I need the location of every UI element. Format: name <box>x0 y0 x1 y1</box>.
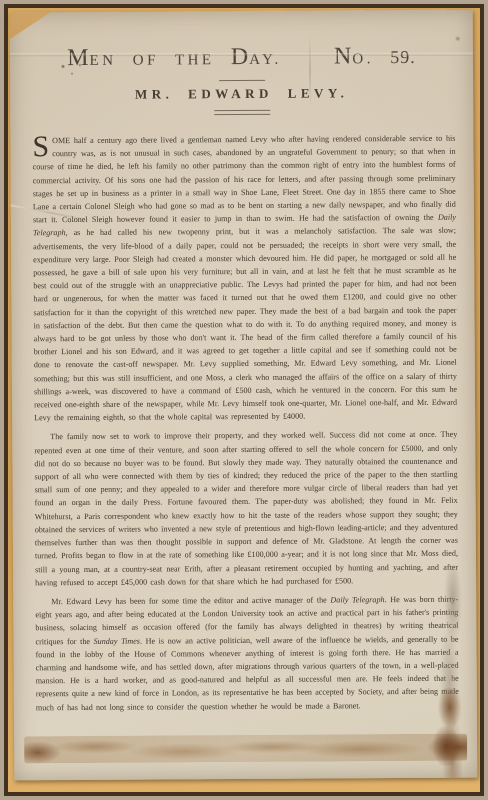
paragraph-1: SOME half a century ago there lived a ge… <box>32 132 457 425</box>
paragraph-2-text: The family now set to work to improve th… <box>34 430 458 587</box>
paragraph-2: The family now set to work to improve th… <box>34 428 458 589</box>
stain-strip-bottom <box>24 734 467 764</box>
paragraph-1-text: OME half a century ago there lived a gen… <box>33 134 457 423</box>
paragraph-3-text: Mr. Edward Levy has been for some time t… <box>35 595 459 712</box>
page-subtitle: MR. EDWARD LEVY. <box>10 85 473 104</box>
article-body: SOME half a century ago there lived a ge… <box>10 126 477 715</box>
paragraph-3: Mr. Edward Levy has been for some time t… <box>35 593 459 714</box>
drop-cap: S <box>32 134 52 159</box>
divider-rule <box>219 80 265 81</box>
paper-crease-top <box>10 53 473 56</box>
document-page: MEN OF THE DAY. NO. 59. MR. EDWARD LEVY.… <box>10 10 478 781</box>
foxing-specks <box>54 58 90 82</box>
stain-bottom-right <box>430 688 466 766</box>
divider-double-rule <box>214 110 270 115</box>
paper-crease-vertical <box>309 35 311 107</box>
foxing-speck-topright <box>451 32 465 46</box>
clipped-corner <box>10 10 54 40</box>
